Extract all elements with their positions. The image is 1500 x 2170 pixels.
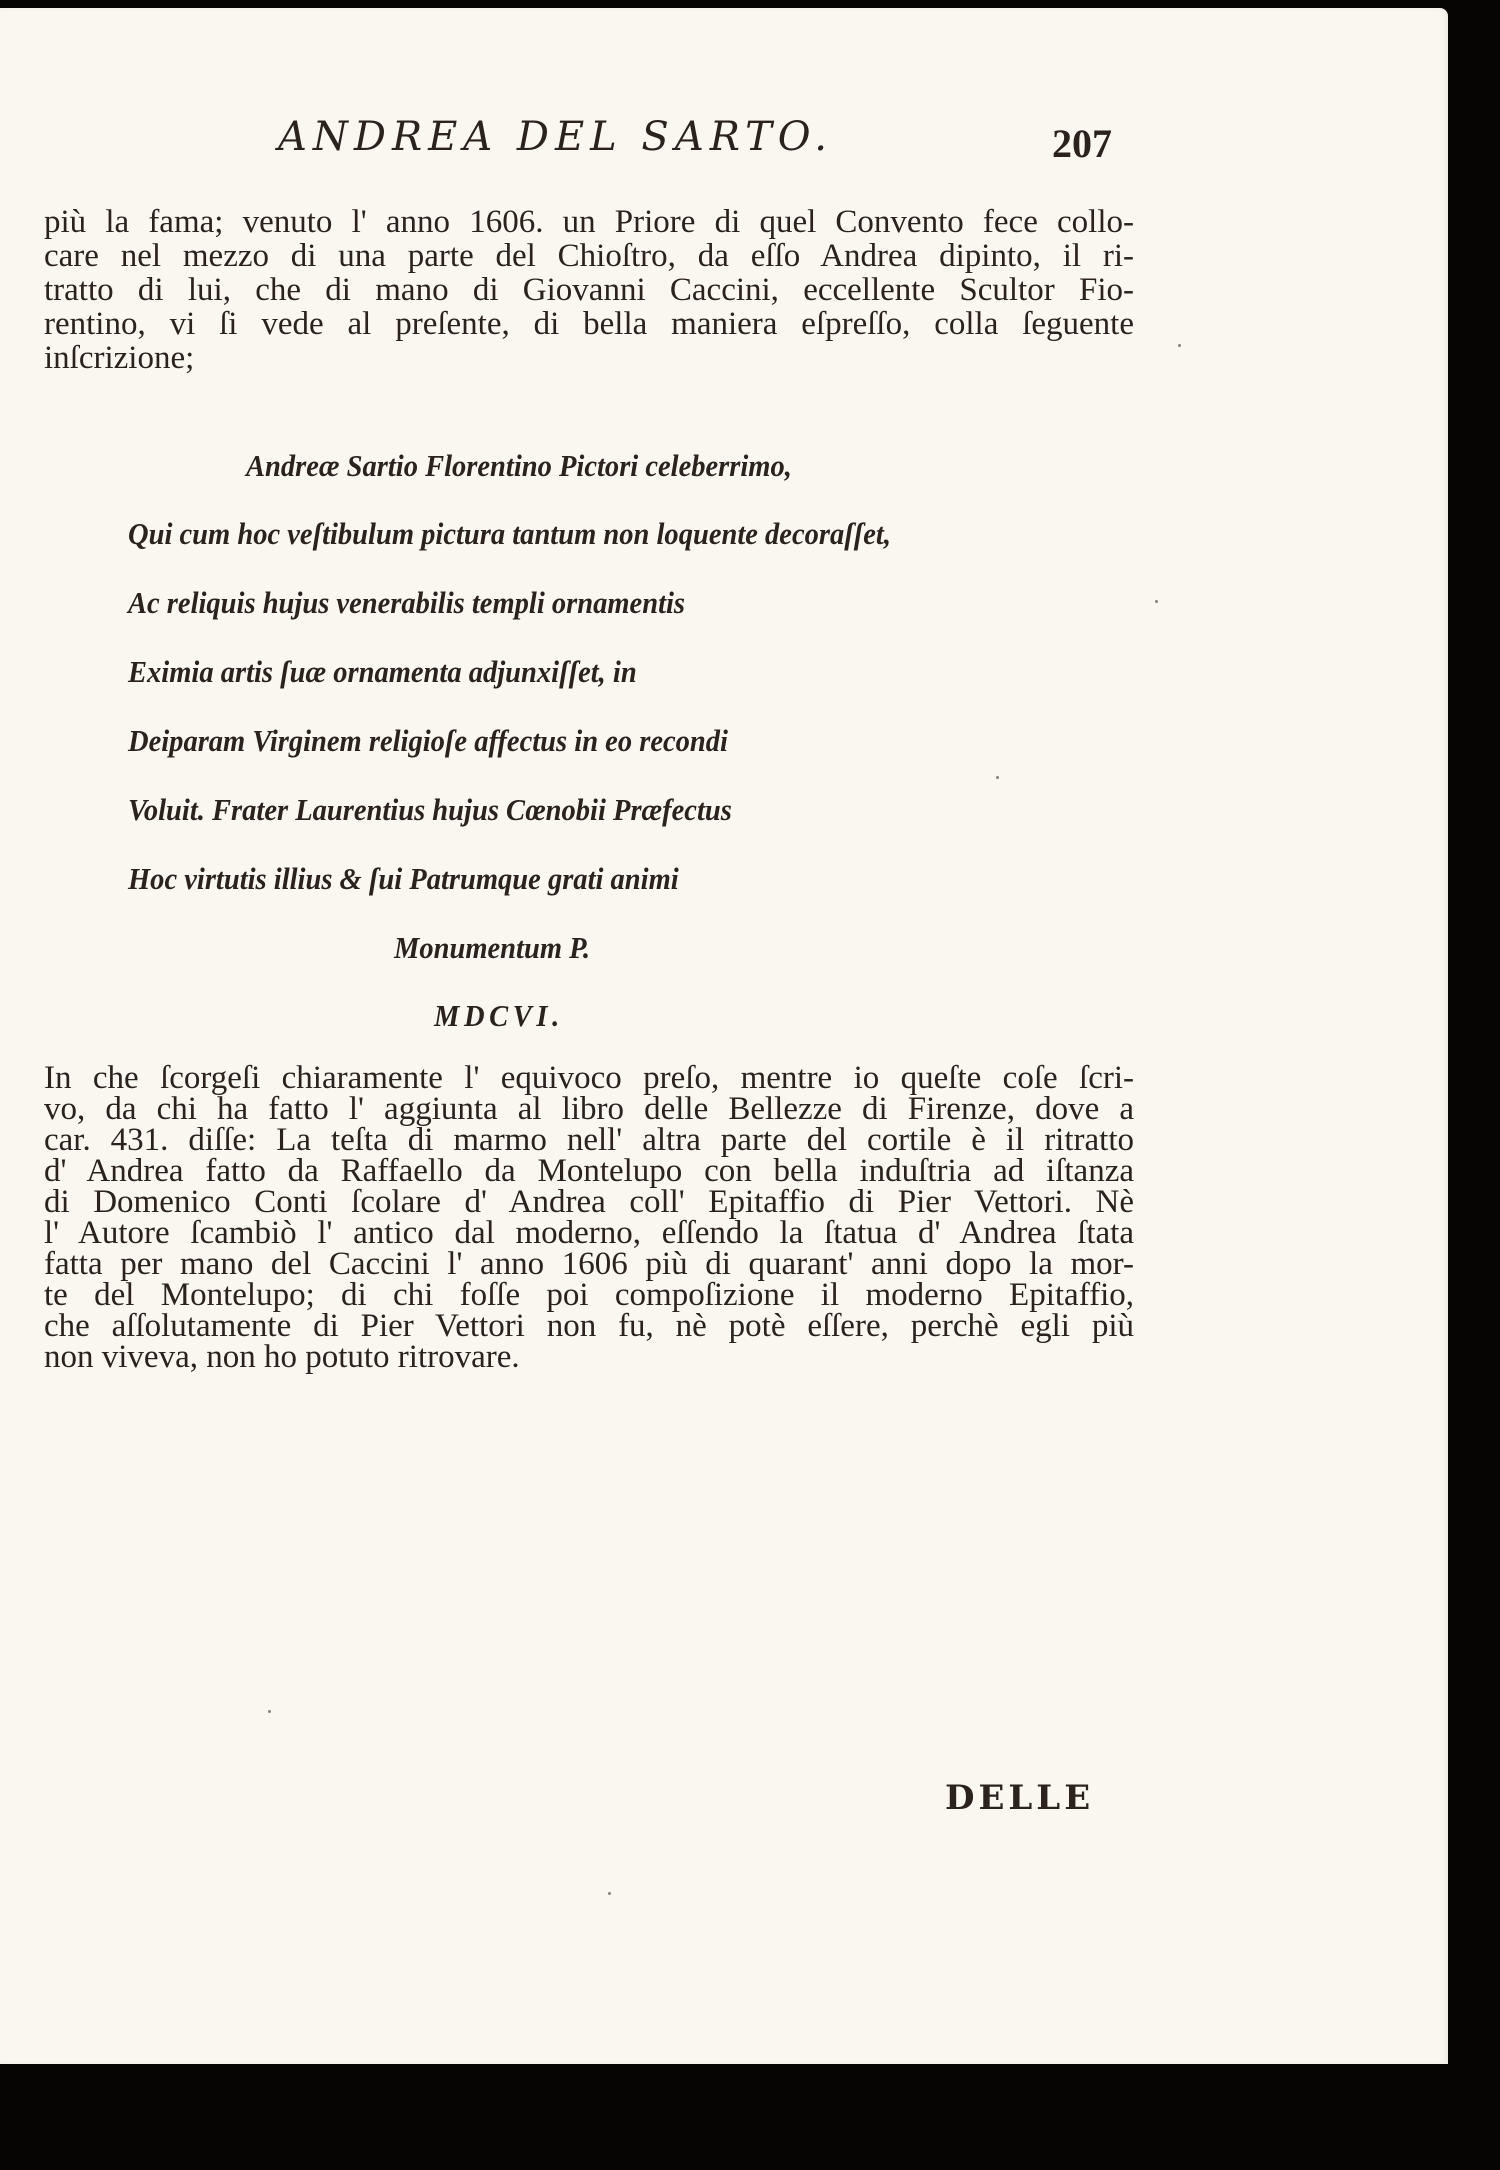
book-page: ANDREA DEL SARTO. 207 più la fama; venut… [0,8,1448,2064]
paper-speck [608,1892,611,1895]
inscription-date: MDCVI. [434,998,564,1034]
inscription-line: Monumentum P. [394,930,590,966]
inscription-line: Andreæ Sartio Florentino Pictori celeber… [246,448,792,484]
paragraph-1-line: care nel mezzo di una parte del Chioſtro… [44,238,1134,275]
paragraph-1-line: tratto di lui, che di mano di Giovanni C… [44,272,1134,309]
inscription-line: Hoc virtutis illius & ſui Patrumque grat… [128,861,679,897]
inscription-line: Voluit. Frater Laurentius hujus Cœnobii … [128,792,732,828]
paragraph-1-line: più la fama; venuto l' anno 1606. un Pri… [44,204,1134,241]
inscription-line: Qui cum hoc veſtibulum pictura tantum no… [128,516,891,552]
paper-speck [268,1710,271,1713]
inscription-line: Ac reliquis hujus venerabilis templi orn… [128,585,685,621]
inscription-line: Eximia artis ſuæ ornamenta adjunxiſſet, … [128,654,637,690]
paper-speck [1178,344,1181,347]
catchword: DELLE [945,1778,1094,1818]
paragraph-1-line: rentino, vi ſi vede al preſente, di bell… [44,306,1134,343]
paper-speck [1155,600,1158,603]
inscription-line: Deiparam Virginem religioſe affectus in … [128,723,728,759]
page-number: 207 [1052,120,1112,167]
running-head: ANDREA DEL SARTO. [278,114,833,160]
paragraph-2-line: non viveva, non ho potuto ritrovare. [44,1339,1134,1376]
paper-speck [996,776,999,779]
paragraph-1-line: inſcrizione; [44,340,1134,377]
